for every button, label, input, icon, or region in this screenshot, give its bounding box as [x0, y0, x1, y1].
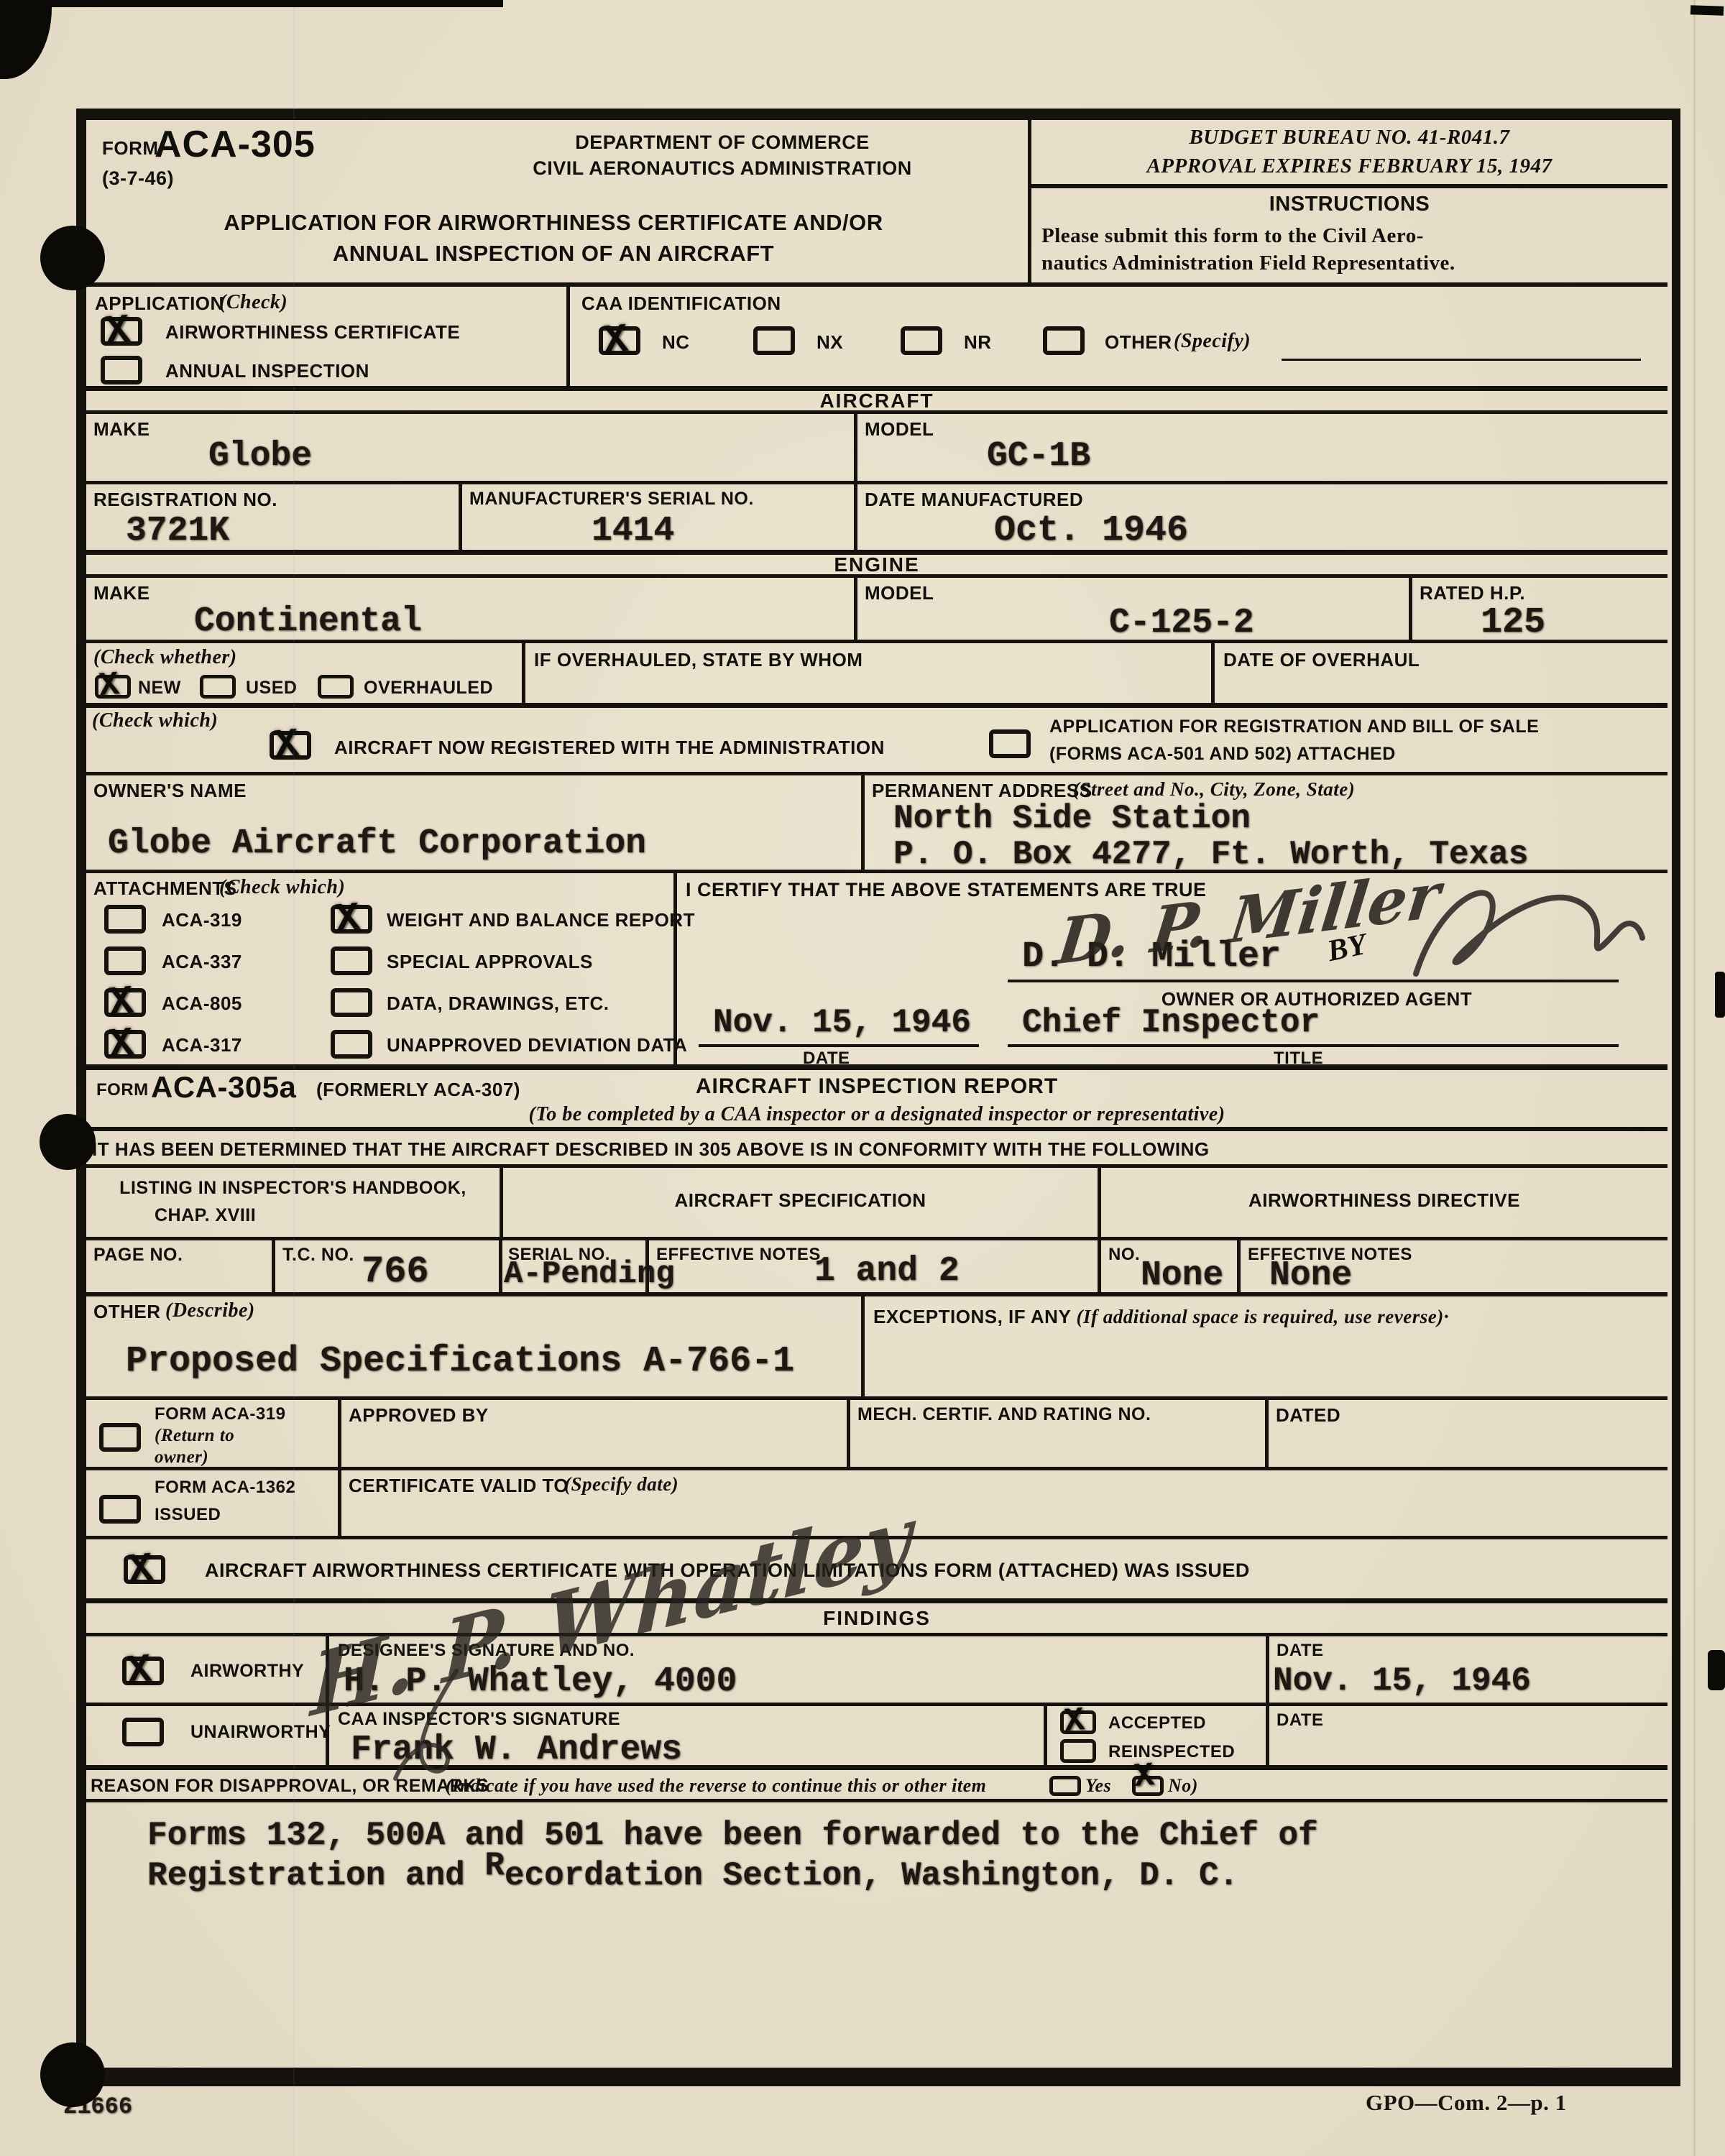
- serial-label: MANUFACTURER'S SERIAL NO.: [469, 489, 754, 510]
- aca319-label: ACA-319: [162, 909, 242, 931]
- date-line: [699, 1044, 979, 1047]
- certificate-valid-paren: (Specify date): [564, 1473, 678, 1496]
- directive-no-cell: NO. None: [1098, 1240, 1237, 1292]
- engine-new-checkbox: X: [95, 675, 131, 699]
- weight-balance-checkbox: X: [331, 905, 372, 934]
- header-left: FORM ACA-305 (3-7-46) DEPARTMENT OF COMM…: [86, 120, 1028, 282]
- findings-band: FINDINGS: [86, 1598, 1667, 1633]
- determination-statement: IT HAS BEEN DETERMINED THAT THE AIRCRAFT…: [92, 1138, 1210, 1161]
- remarks-body: Forms 132, 500A and 501 have been forwar…: [86, 1799, 1667, 2075]
- remarks-no-label: No): [1168, 1775, 1198, 1797]
- rated-hp-label: RATED H.P.: [1420, 582, 1525, 604]
- instructions-title: INSTRUCTIONS: [1031, 193, 1667, 216]
- accepted-checkbox: X: [1060, 1710, 1096, 1734]
- engine-model-value: C-125-2: [1109, 604, 1254, 642]
- date-manufactured-value: Oct. 1946: [994, 510, 1188, 551]
- aircraft-make-cell: MAKE Globe: [86, 414, 854, 481]
- checkbox-x-mark: X: [103, 308, 132, 356]
- airworthy-cell: X AIRWORTHY: [86, 1636, 326, 1703]
- mech-certif-label: MECH. CERTIF. AND RATING NO.: [857, 1404, 1151, 1425]
- 305a-formerly: (FORMERLY ACA-307): [316, 1079, 520, 1101]
- check-which-heading: (Check which): [92, 709, 218, 732]
- tc-no-cell: T.C. NO. 766: [272, 1240, 499, 1292]
- engine-band-label: ENGINE: [834, 553, 919, 576]
- bill-of-sale-line2: (FORMS ACA-501 AND 502) ATTACHED: [1049, 744, 1396, 765]
- 305a-form-word: FORM: [96, 1080, 149, 1100]
- unapproved-deviation-checkbox: [331, 1030, 372, 1059]
- page-no-label: PAGE NO.: [93, 1245, 183, 1266]
- aircraft-model-value: GC-1B: [987, 437, 1090, 476]
- other-specify-paren: (Specify): [1174, 330, 1251, 353]
- form-word: FORM: [102, 137, 159, 160]
- overhauled-by-cell: IF OVERHAULED, STATE BY WHOM: [522, 643, 1211, 703]
- caa-identification-label: CAA IDENTIFICATION: [581, 292, 781, 315]
- engine-used-checkbox: [200, 675, 236, 699]
- other-describe-value: Proposed Specifications A-766-1: [126, 1341, 794, 1382]
- aircraft-make-row: MAKE Globe MODEL GC-1B: [86, 410, 1667, 481]
- punch-hole-middle: [40, 1114, 96, 1170]
- other-exceptions-row: OTHER (Describe) Proposed Specifications…: [86, 1292, 1667, 1396]
- findings-date2-cell: DATE: [1266, 1706, 1667, 1765]
- engine-condition-row: (Check whether) X NEW USED OVERHAULED IF…: [86, 640, 1667, 703]
- aircraft-registration-row: REGISTRATION NO. 3721K MANUFACTURER'S SE…: [86, 481, 1667, 550]
- directive-no-label: NO.: [1108, 1245, 1140, 1265]
- dept-line2: CIVIL AERONAUTICS ADMINISTRATION: [417, 157, 1028, 180]
- accepted-label: ACCEPTED: [1108, 1713, 1206, 1733]
- dated-cell: DATED: [1265, 1400, 1667, 1467]
- exceptions-cell: EXCEPTIONS, IF ANY (If additional space …: [861, 1296, 1667, 1396]
- instructions-line1: Please submit this form to the Civil Aer…: [1041, 224, 1424, 248]
- approved-by-label: APPROVED BY: [349, 1404, 489, 1427]
- registration-cell: REGISTRATION NO. 3721K: [86, 484, 459, 550]
- aca317-label: ACA-317: [162, 1034, 242, 1056]
- scan-right-mark-1: [1715, 972, 1725, 1018]
- aca319-approval-row: FORM ACA-319 (Return to owner) APPROVED …: [86, 1396, 1667, 1467]
- certificate-valid-cell: CERTIFICATE VALID TO (Specify date): [338, 1470, 1667, 1536]
- remarks-line2-superscript: R: [484, 1847, 505, 1884]
- special-approvals-checkbox: [331, 946, 372, 975]
- remarks-header-row: REASON FOR DISAPPROVAL, OR REMARKS (Indi…: [86, 1765, 1667, 1799]
- header-row: FORM ACA-305 (3-7-46) DEPARTMENT OF COMM…: [86, 120, 1667, 282]
- engine-overhauled-checkbox: [318, 675, 354, 699]
- 305a-form-number: ACA-305a: [151, 1070, 296, 1105]
- owner-name-label: OWNER'S NAME: [93, 780, 247, 802]
- form-aca319-checkbox: [99, 1423, 141, 1452]
- owner-address-paren: (Street and No., City, Zone, State): [1073, 778, 1355, 801]
- exceptions-paren: (If additional space is required, use re…: [1077, 1306, 1449, 1327]
- footer-gpo: GPO—Com. 2—p. 1: [1366, 2090, 1567, 2116]
- remarks-line2b: ecordation Section, Washington, D. C.: [505, 1857, 1238, 1894]
- certificate-issued-checkbox: X: [124, 1555, 165, 1584]
- aircraft-make-value: Globe: [208, 437, 312, 476]
- caa-identification-section: CAA IDENTIFICATION X NC NX NR OTHER (Spe…: [566, 287, 1667, 386]
- determination-row: IT HAS BEEN DETERMINED THAT THE AIRCRAFT…: [86, 1127, 1667, 1164]
- unapproved-deviation-label: UNAPPROVED DEVIATION DATA: [387, 1034, 687, 1056]
- engine-make-cell: MAKE Continental: [86, 578, 854, 640]
- owner-name-value: Globe Aircraft Corporation: [108, 824, 646, 863]
- nr-label: NR: [964, 331, 992, 354]
- by-signature-squiggle: [1402, 873, 1646, 1003]
- form-aca1362-checkbox: [99, 1495, 141, 1524]
- budget-bureau-box: BUDGET BUREAU NO. 41-R041.7 APPROVAL EXP…: [1031, 120, 1667, 188]
- form-aca319-return1: (Return to: [155, 1426, 234, 1446]
- engine-band: ENGINE: [86, 550, 1667, 574]
- bill-of-sale-line1: APPLICATION FOR REGISTRATION AND BILL OF…: [1049, 717, 1539, 737]
- engine-make-label: MAKE: [93, 582, 150, 604]
- dept-line1: DEPARTMENT OF COMMERCE: [417, 132, 1028, 154]
- other-describe-label: OTHER: [93, 1301, 161, 1323]
- form-number: ACA-305: [155, 123, 316, 166]
- other-describe-paren: (Describe): [165, 1299, 255, 1322]
- inspection-report-title: AIRCRAFT INSPECTION REPORT: [517, 1074, 1236, 1099]
- unairworthy-checkbox: [122, 1718, 164, 1746]
- spec-values-row: PAGE NO. T.C. NO. 766 SERIAL NO. A-Pendi…: [86, 1237, 1667, 1292]
- budget-line1: BUDGET BUREAU NO. 41-R041.7: [1031, 126, 1667, 149]
- aircraft-band: AIRCRAFT: [86, 386, 1667, 410]
- reinspected-checkbox: [1060, 1739, 1096, 1763]
- aca319-form-cell: FORM ACA-319 (Return to owner): [86, 1400, 338, 1467]
- airworthiness-directive-label: AIRWORTHINESS DIRECTIVE: [1101, 1189, 1667, 1212]
- bill-of-sale-checkbox: [989, 729, 1031, 758]
- directive-notes-cell: EFFECTIVE NOTES None: [1237, 1240, 1667, 1292]
- tc-no-value: 766: [362, 1250, 429, 1293]
- remarks-line2: Registration and Recordation Section, Wa…: [147, 1857, 1238, 1894]
- aca1362-form-cell: FORM ACA-1362 ISSUED: [86, 1470, 338, 1536]
- scan-top-edge-strip: [0, 0, 503, 7]
- aca319-checkbox: [104, 905, 146, 934]
- effective-notes-value: 1 and 2: [814, 1252, 960, 1291]
- certification-title-value: Chief Inspector: [1022, 1004, 1320, 1041]
- attachments-cell: ATTACHMENTS (Check which) ACA-319 ACA-33…: [86, 873, 673, 1064]
- handbook-line2: CHAP. XVIII: [155, 1205, 256, 1226]
- exceptions-label: EXCEPTIONS, IF ANY: [873, 1306, 1071, 1327]
- check-whether-cell: (Check whether) X NEW USED OVERHAULED: [86, 643, 522, 703]
- aircraft-model-cell: MODEL GC-1B: [854, 414, 1667, 481]
- unairworthy-cell: UNAIRWORTHY: [86, 1706, 326, 1765]
- findings-band-label: FINDINGS: [823, 1607, 931, 1630]
- form-aca319-label: FORM ACA-319: [155, 1404, 285, 1424]
- airworthiness-certificate-checkbox: X: [101, 317, 142, 346]
- special-approvals-label: SPECIAL APPROVALS: [387, 951, 593, 973]
- aca337-label: ACA-337: [162, 951, 242, 973]
- annual-inspection-label: ANNUAL INSPECTION: [165, 360, 369, 382]
- registration-status-row: (Check which) X AIRCRAFT NOW REGISTERED …: [86, 703, 1667, 772]
- approved-by-cell: APPROVED BY: [338, 1400, 847, 1467]
- registered-label: AIRCRAFT NOW REGISTERED WITH THE ADMINIS…: [334, 737, 885, 759]
- registration-label: REGISTRATION NO.: [93, 489, 277, 511]
- airworthiness-directive-col-header: AIRWORTHINESS DIRECTIVE: [1098, 1168, 1667, 1237]
- header-right: BUDGET BUREAU NO. 41-R041.7 APPROVAL EXP…: [1028, 120, 1667, 282]
- form-aca319-return2: owner): [155, 1447, 208, 1468]
- remarks-yes-label: Yes: [1085, 1775, 1111, 1797]
- findings-date-value: Nov. 15, 1946: [1273, 1662, 1531, 1700]
- form-title-line2: ANNUAL INSPECTION OF AN AIRCRAFT: [108, 241, 999, 267]
- data-drawings-checkbox: [331, 988, 372, 1017]
- remarks-paren: (Indicate if you have used the reverse t…: [446, 1775, 986, 1797]
- directive-notes-value: None: [1269, 1256, 1352, 1295]
- nr-checkbox: [901, 326, 942, 355]
- certification-date-value: Nov. 15, 1946: [713, 1004, 971, 1041]
- listing-header-row: LISTING IN INSPECTOR'S HANDBOOK, CHAP. X…: [86, 1164, 1667, 1237]
- remarks-line2a: Registration and: [147, 1857, 484, 1894]
- registered-checkbox: X: [270, 731, 311, 760]
- form-aca1362-label: FORM ACA-1362: [155, 1478, 295, 1498]
- airworthiness-certificate-label: AIRWORTHINESS CERTIFICATE: [165, 321, 460, 344]
- remarks-yes-checkbox: [1049, 1776, 1081, 1796]
- engine-used-label: USED: [246, 678, 297, 699]
- serial-cell: MANUFACTURER'S SERIAL NO. 1414: [459, 484, 854, 550]
- scan-right-mark-2: [1708, 1650, 1725, 1690]
- engine-model-label: MODEL: [865, 582, 934, 604]
- findings-date-label: DATE: [1276, 1641, 1324, 1661]
- owner-address-label: PERMANENT ADDRESS: [872, 780, 1092, 802]
- form-revision: (3-7-46): [102, 167, 174, 190]
- page-no-cell: PAGE NO.: [86, 1240, 272, 1292]
- effective-notes-cell: EFFECTIVE NOTES 1 and 2: [645, 1240, 1098, 1292]
- form-aca1362-issued: ISSUED: [155, 1505, 221, 1525]
- aca317-checkbox: X: [104, 1030, 146, 1059]
- punch-hole-top: [40, 226, 105, 290]
- aircraft-spec-col-header: AIRCRAFT SPECIFICATION: [500, 1168, 1098, 1237]
- owner-row: OWNER'S NAME Globe Aircraft Corporation …: [86, 772, 1667, 870]
- data-drawings-label: DATA, DRAWINGS, ETC.: [387, 992, 609, 1015]
- nc-label: NC: [662, 331, 690, 354]
- aircraft-band-label: AIRCRAFT: [819, 390, 934, 413]
- inspection-report-header: FORM ACA-305a (FORMERLY ACA-307) AIRCRAF…: [86, 1064, 1667, 1127]
- aca805-checkbox: X: [104, 988, 146, 1017]
- scan-corner-blob: [0, 0, 52, 79]
- directive-no-value: None: [1141, 1256, 1223, 1295]
- dated-label: DATED: [1276, 1404, 1340, 1427]
- scan-top-right-dash: [1690, 5, 1724, 16]
- aircraft-make-label: MAKE: [93, 418, 150, 441]
- registration-value: 3721K: [126, 512, 229, 550]
- nc-checkbox: X: [599, 326, 640, 355]
- airworthy-label: AIRWORTHY: [190, 1661, 304, 1682]
- serial-no-cell: SERIAL NO. A-Pending: [499, 1240, 645, 1292]
- other-describe-cell: OTHER (Describe) Proposed Specifications…: [86, 1296, 861, 1396]
- application-paren: (Check): [219, 291, 287, 314]
- owner-name-cell: OWNER'S NAME Globe Aircraft Corporation: [86, 775, 861, 870]
- owner-address-cell: PERMANENT ADDRESS (Street and No., City,…: [861, 775, 1667, 870]
- date-overhaul-label: DATE OF OVERHAUL: [1223, 649, 1420, 671]
- rated-hp-value: 125: [1481, 602, 1545, 643]
- other-specify-line: [1282, 359, 1641, 361]
- airworthy-checkbox: X: [122, 1657, 164, 1685]
- aircraft-spec-label: AIRCRAFT SPECIFICATION: [503, 1189, 1098, 1212]
- aca805-label: ACA-805: [162, 992, 242, 1015]
- other-checkbox: [1043, 326, 1085, 355]
- attachments-paren: (Check which): [219, 876, 345, 899]
- mech-certif-cell: MECH. CERTIF. AND RATING NO.: [847, 1400, 1265, 1467]
- budget-line2: APPROVAL EXPIRES FEBRUARY 15, 1947: [1031, 155, 1667, 178]
- engine-make-value: Continental: [194, 602, 422, 641]
- aircraft-model-label: MODEL: [865, 418, 934, 441]
- remarks-line1: Forms 132, 500A and 501 have been forwar…: [147, 1817, 1318, 1854]
- aca337-checkbox: [104, 946, 146, 975]
- findings-date2-label: DATE: [1276, 1710, 1324, 1731]
- date-manufactured-cell: DATE MANUFACTURED Oct. 1946: [854, 484, 1667, 550]
- engine-new-label: NEW: [138, 678, 181, 699]
- serial-value: 1414: [592, 512, 674, 550]
- inspector-signature-flourish: [388, 1667, 474, 1782]
- effective-notes-label: EFFECTIVE NOTES: [656, 1245, 821, 1265]
- weight-balance-label: WEIGHT AND BALANCE REPORT: [387, 909, 695, 931]
- reinspected-label: REINSPECTED: [1108, 1742, 1235, 1762]
- owner-address-line1: North Side Station: [893, 800, 1251, 837]
- nx-label: NX: [816, 331, 843, 354]
- other-label: OTHER: [1105, 331, 1172, 354]
- attachments-label: ATTACHMENTS: [93, 877, 237, 900]
- annual-inspection-checkbox: [101, 356, 142, 384]
- findings-date-cell: DATE Nov. 15, 1946: [1266, 1636, 1667, 1703]
- punch-hole-bottom: [40, 2042, 105, 2107]
- date-overhaul-cell: DATE OF OVERHAUL: [1211, 643, 1667, 703]
- overhauled-by-label: IF OVERHAULED, STATE BY WHOM: [534, 649, 862, 671]
- rated-hp-cell: RATED H.P. 125: [1409, 578, 1667, 640]
- engine-model-cell: MODEL C-125-2: [854, 578, 1409, 640]
- instructions-line2: nautics Administration Field Representat…: [1041, 252, 1455, 275]
- engine-make-row: MAKE Continental MODEL C-125-2 RATED H.P…: [86, 574, 1667, 640]
- engine-overhauled-label: OVERHAULED: [364, 678, 493, 699]
- application-section: APPLICATION (Check) X AIRWORTHINESS CERT…: [86, 287, 566, 386]
- date-manufactured-label: DATE MANUFACTURED: [865, 489, 1083, 511]
- instructions-box: INSTRUCTIONS Please submit this form to …: [1031, 188, 1667, 282]
- title-line: [1008, 1044, 1619, 1047]
- form-outer-border: FORM ACA-305 (3-7-46) DEPARTMENT OF COMM…: [76, 109, 1680, 2086]
- application-row: APPLICATION (Check) X AIRWORTHINESS CERT…: [86, 282, 1667, 386]
- scanner-streak: [293, 0, 295, 2156]
- accepted-cell: X ACCEPTED REINSPECTED: [1044, 1706, 1266, 1765]
- scan-crease-line: [1693, 0, 1696, 2156]
- form-title-line1: APPLICATION FOR AIRWORTHINESS CERTIFICAT…: [108, 210, 999, 236]
- scanned-form-page: FORM ACA-305 (3-7-46) DEPARTMENT OF COMM…: [0, 0, 1725, 2156]
- inspection-report-subtitle: (To be completed by a CAA inspector or a…: [266, 1103, 1488, 1126]
- certificate-valid-label: CERTIFICATE VALID TO: [349, 1475, 569, 1497]
- nx-checkbox: [753, 326, 795, 355]
- remarks-no-checkbox: X: [1132, 1776, 1164, 1796]
